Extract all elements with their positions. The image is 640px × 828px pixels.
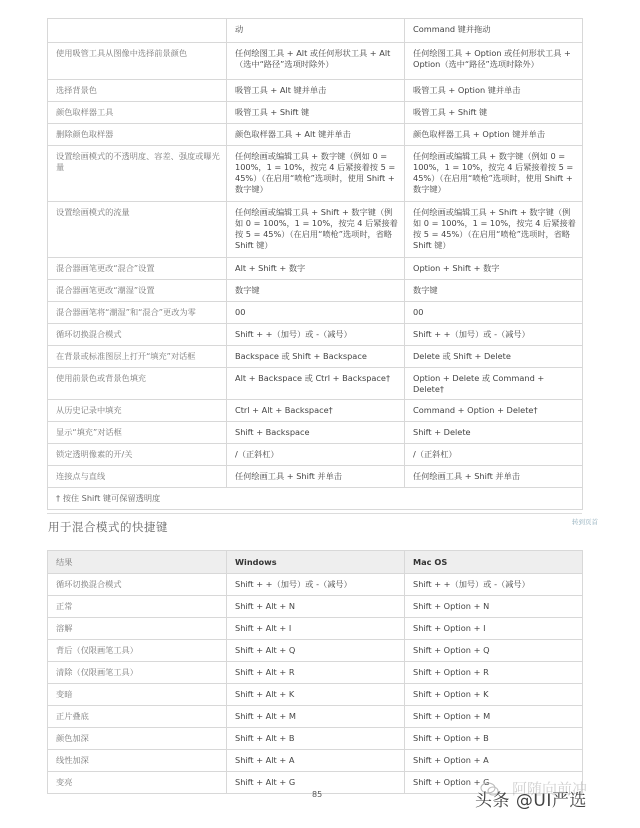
table-row: 使用前景色或背景色填充 Alt + Backspace 或 Ctrl + Bac… <box>48 368 583 400</box>
result-cell: 连接点与直线 <box>48 466 227 488</box>
result-cell: 循环切换混合模式 <box>48 324 227 346</box>
windows-cell: 00 <box>227 302 405 324</box>
result-cell: 颜色取样器工具 <box>48 102 227 124</box>
windows-cell: Alt + Backspace 或 Ctrl + Backspace† <box>227 368 405 400</box>
table-row: 动 Command 键并拖动 <box>48 19 583 43</box>
mac-cell: Option + Delete 或 Command + Delete† <box>405 368 583 400</box>
windows-cell: Shift + Alt + R <box>227 662 405 684</box>
table-row: 设置绘画模式的不透明度、容差、强度或曝光量 任何绘画或编辑工具 + 数字键（例如… <box>48 146 583 202</box>
mac-cell: Delete 或 Shift + Delete <box>405 346 583 368</box>
page-number: 85 <box>312 790 322 799</box>
windows-cell: 动 <box>227 19 405 43</box>
mac-cell: Shift + Option + K <box>405 684 583 706</box>
result-cell: 变亮 <box>48 772 227 794</box>
result-cell: 循环切换混合模式 <box>48 574 227 596</box>
table-row: 线性加深 Shift + Alt + A Shift + Option + A <box>48 750 583 772</box>
windows-cell: Shift + Alt + K <box>227 684 405 706</box>
header-result: 结果 <box>48 551 227 574</box>
table-row: 混合器画笔更改“潮湿”设置 数字键 数字键 <box>48 280 583 302</box>
windows-cell: 任何绘画工具 + Shift 并单击 <box>227 466 405 488</box>
windows-cell: /（正斜杠） <box>227 444 405 466</box>
table-row: 删除颜色取样器 颜色取样器工具 + Alt 键并单击 颜色取样器工具 + Opt… <box>48 124 583 146</box>
result-cell: 在背景或标准图层上打开“填充”对话框 <box>48 346 227 368</box>
result-cell: 正常 <box>48 596 227 618</box>
mac-cell: /（正斜杠） <box>405 444 583 466</box>
mac-cell: 吸管工具 + Option 键并单击 <box>405 80 583 102</box>
table-row: 变暗 Shift + Alt + K Shift + Option + K <box>48 684 583 706</box>
table-header-row: 结果 Windows Mac OS <box>48 551 583 574</box>
table-row: 显示“填充”对话框 Shift + Backspace Shift + Dele… <box>48 422 583 444</box>
windows-cell: Shift + Alt + A <box>227 750 405 772</box>
windows-cell: Ctrl + Alt + Backspace† <box>227 400 405 422</box>
windows-cell: 数字键 <box>227 280 405 302</box>
mac-cell: Shift + Option + M <box>405 706 583 728</box>
windows-cell: 颜色取样器工具 + Alt 键并单击 <box>227 124 405 146</box>
result-cell: 变暗 <box>48 684 227 706</box>
result-cell: 显示“填充”对话框 <box>48 422 227 444</box>
table-row: 从历史记录中填充 Ctrl + Alt + Backspace† Command… <box>48 400 583 422</box>
windows-cell: Shift + Alt + B <box>227 728 405 750</box>
table-row: 背后（仅限画笔工具） Shift + Alt + Q Shift + Optio… <box>48 640 583 662</box>
footnote-row: † 按住 Shift 键可保留透明度 <box>48 488 583 510</box>
table-row: 连接点与直线 任何绘画工具 + Shift 并单击 任何绘画工具 + Shift… <box>48 466 583 488</box>
mac-cell: 任何绘画或编辑工具 + Shift + 数字键（例如 0 = 100%，1 = … <box>405 202 583 258</box>
windows-cell: Backspace 或 Shift + Backspace <box>227 346 405 368</box>
section-divider <box>47 513 582 514</box>
table-row: 设置绘画模式的流量 任何绘画或编辑工具 + Shift + 数字键（例如 0 =… <box>48 202 583 258</box>
result-cell: 删除颜色取样器 <box>48 124 227 146</box>
mac-cell: 数字键 <box>405 280 583 302</box>
back-to-top-link[interactable]: 转到页首 <box>572 517 598 526</box>
table-row: 颜色取样器工具 吸管工具 + Shift 键 吸管工具 + Shift 键 <box>48 102 583 124</box>
mac-cell: Shift + Option + B <box>405 728 583 750</box>
result-cell: 使用前景色或背景色填充 <box>48 368 227 400</box>
result-cell: 混合器画笔更改“混合”设置 <box>48 258 227 280</box>
windows-cell: 任何绘图工具 + Alt 或任何形状工具 + Alt（选中“路径”选项时除外） <box>227 43 405 80</box>
table-row: 正片叠底 Shift + Alt + M Shift + Option + M <box>48 706 583 728</box>
table-row: 使用吸管工具从图像中选择前景颜色 任何绘图工具 + Alt 或任何形状工具 + … <box>48 43 583 80</box>
windows-cell: Shift + Alt + N <box>227 596 405 618</box>
mac-cell: Command 键并拖动 <box>405 19 583 43</box>
windows-cell: 吸管工具 + Alt 键并单击 <box>227 80 405 102</box>
mac-cell: Shift + +（加号）或 -（减号） <box>405 574 583 596</box>
mac-cell: Shift + Option + Q <box>405 640 583 662</box>
table-row: 循环切换混合模式 Shift + +（加号）或 -（减号） Shift + +（… <box>48 574 583 596</box>
mac-cell: 颜色取样器工具 + Option 键并单击 <box>405 124 583 146</box>
result-cell: 颜色加深 <box>48 728 227 750</box>
watermark: 头条 @UI严选 <box>475 786 587 811</box>
windows-cell: 吸管工具 + Shift 键 <box>227 102 405 124</box>
table-row: 锁定透明像素的开/关 /（正斜杠） /（正斜杠） <box>48 444 583 466</box>
table-row: 清除（仅限画笔工具） Shift + Alt + R Shift + Optio… <box>48 662 583 684</box>
result-cell: 混合器画笔将“潮湿”和“混合”更改为零 <box>48 302 227 324</box>
result-cell: 选择背景色 <box>48 80 227 102</box>
mac-cell: 00 <box>405 302 583 324</box>
footnote: † 按住 Shift 键可保留透明度 <box>48 488 583 510</box>
windows-cell: Alt + Shift + 数字 <box>227 258 405 280</box>
mac-cell: Option + Shift + 数字 <box>405 258 583 280</box>
table-row: 颜色加深 Shift + Alt + B Shift + Option + B <box>48 728 583 750</box>
result-cell: 正片叠底 <box>48 706 227 728</box>
result-cell: 清除（仅限画笔工具） <box>48 662 227 684</box>
windows-cell: Shift + +（加号）或 -（减号） <box>227 574 405 596</box>
table-row: 溶解 Shift + Alt + I Shift + Option + I <box>48 618 583 640</box>
header-windows: Windows <box>227 551 405 574</box>
result-cell: 使用吸管工具从图像中选择前景颜色 <box>48 43 227 80</box>
table-row: 循环切换混合模式 Shift + +（加号）或 -（减号） Shift + +（… <box>48 324 583 346</box>
windows-cell: 任何绘画或编辑工具 + 数字键（例如 0 = 100%，1 = 10%，按完 4… <box>227 146 405 202</box>
result-cell <box>48 19 227 43</box>
result-cell: 设置绘画模式的流量 <box>48 202 227 258</box>
mac-cell: Shift + +（加号）或 -（减号） <box>405 324 583 346</box>
table-row: 混合器画笔将“潮湿”和“混合”更改为零 00 00 <box>48 302 583 324</box>
table-row: 选择背景色 吸管工具 + Alt 键并单击 吸管工具 + Option 键并单击 <box>48 80 583 102</box>
windows-cell: Shift + Backspace <box>227 422 405 444</box>
windows-cell: Shift + +（加号）或 -（减号） <box>227 324 405 346</box>
windows-cell: 任何绘画或编辑工具 + Shift + 数字键（例如 0 = 100%，1 = … <box>227 202 405 258</box>
shortcut-table-painting: 动 Command 键并拖动 使用吸管工具从图像中选择前景颜色 任何绘图工具 +… <box>47 18 583 510</box>
section-title: 用于混合模式的快捷键 <box>48 519 168 535</box>
table-row: 混合器画笔更改“混合”设置 Alt + Shift + 数字 Option + … <box>48 258 583 280</box>
result-cell: 从历史记录中填充 <box>48 400 227 422</box>
table-row: 在背景或标准图层上打开“填充”对话框 Backspace 或 Shift + B… <box>48 346 583 368</box>
windows-cell: Shift + Alt + I <box>227 618 405 640</box>
mac-cell: Command + Option + Delete† <box>405 400 583 422</box>
mac-cell: Shift + Option + N <box>405 596 583 618</box>
result-cell: 背后（仅限画笔工具） <box>48 640 227 662</box>
mac-cell: Shift + Option + I <box>405 618 583 640</box>
mac-cell: Shift + Delete <box>405 422 583 444</box>
table-row: 正常 Shift + Alt + N Shift + Option + N <box>48 596 583 618</box>
mac-cell: 吸管工具 + Shift 键 <box>405 102 583 124</box>
shortcut-table-blend-modes: 结果 Windows Mac OS 循环切换混合模式 Shift + +（加号）… <box>47 550 583 794</box>
mac-cell: 任何绘图工具 + Option 或任何形状工具 + Option（选中“路径”选… <box>405 43 583 80</box>
mac-cell: 任何绘画工具 + Shift 并单击 <box>405 466 583 488</box>
header-mac: Mac OS <box>405 551 583 574</box>
mac-cell: Shift + Option + A <box>405 750 583 772</box>
result-cell: 溶解 <box>48 618 227 640</box>
windows-cell: Shift + Alt + Q <box>227 640 405 662</box>
windows-cell: Shift + Alt + M <box>227 706 405 728</box>
mac-cell: 任何绘画或编辑工具 + 数字键（例如 0 = 100%，1 = 10%，按完 4… <box>405 146 583 202</box>
result-cell: 设置绘画模式的不透明度、容差、强度或曝光量 <box>48 146 227 202</box>
result-cell: 锁定透明像素的开/关 <box>48 444 227 466</box>
result-cell: 线性加深 <box>48 750 227 772</box>
mac-cell: Shift + Option + R <box>405 662 583 684</box>
result-cell: 混合器画笔更改“潮湿”设置 <box>48 280 227 302</box>
